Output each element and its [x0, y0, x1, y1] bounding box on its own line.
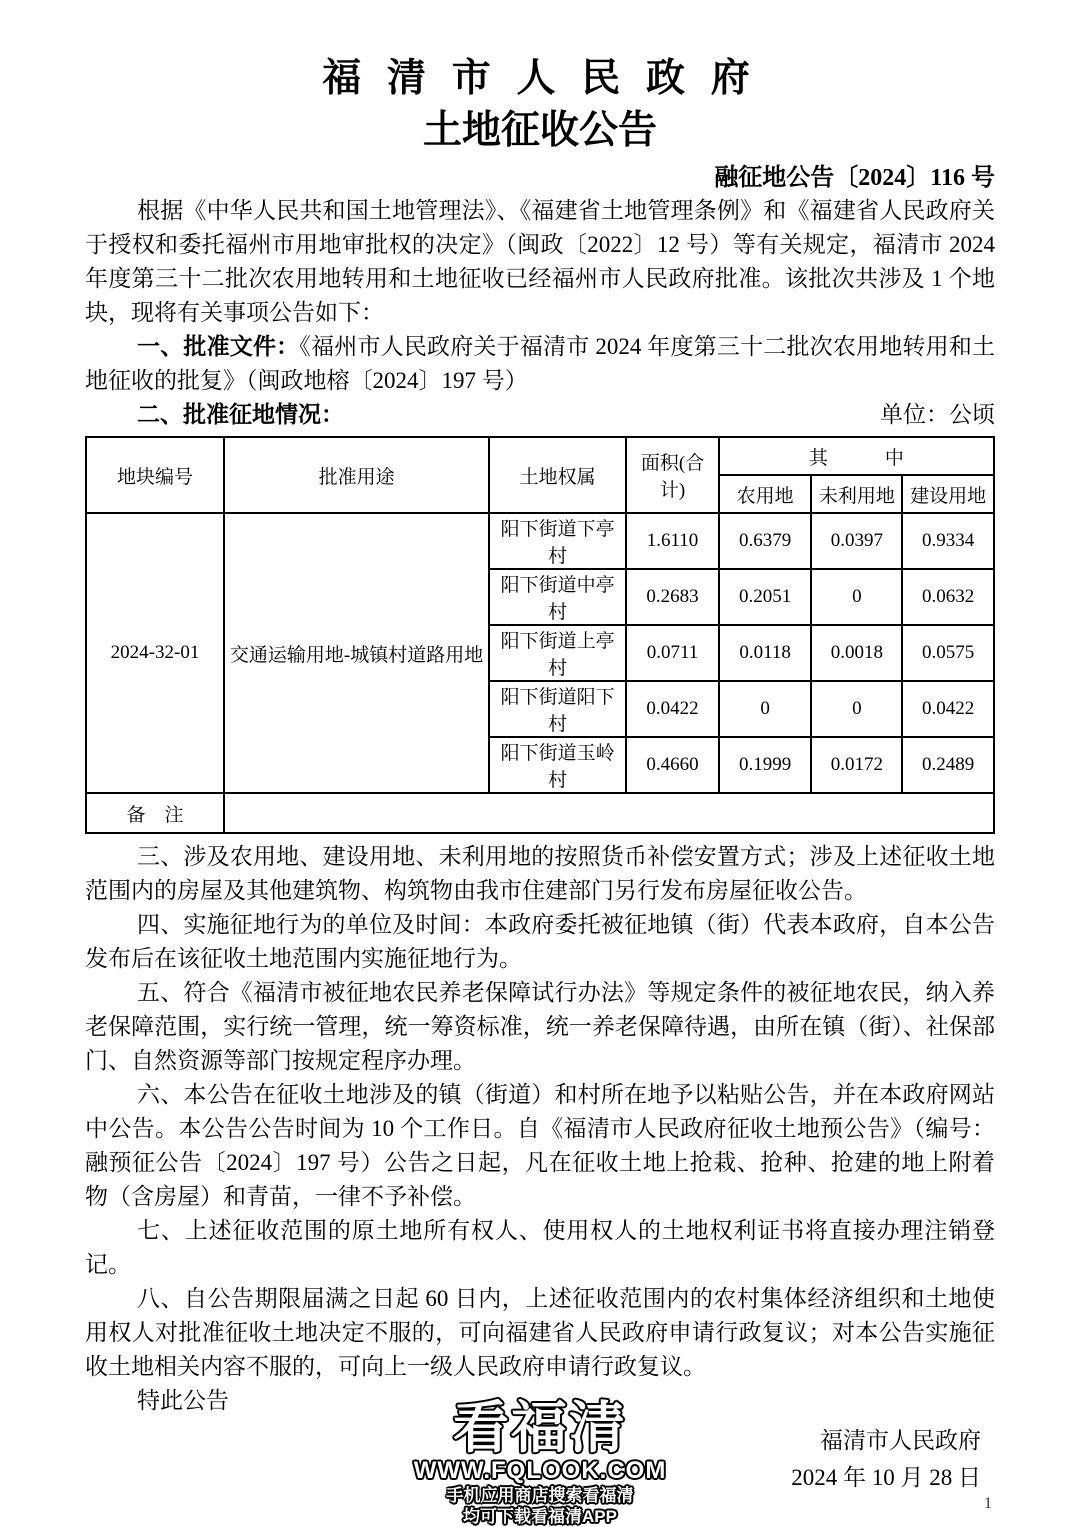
village-cell: 阳下街道下亭村	[489, 513, 626, 569]
section-3-paragraph: 三、涉及农用地、建设用地、未利用地的按照货币补偿安置方式；涉及上述征收土地范围内…	[85, 840, 995, 908]
construction-cell: 0.0575	[902, 625, 994, 681]
section-6-paragraph: 六、本公告在征收土地涉及的镇（街道）和村所在地予以粘贴公告，并在本政府网站中公告…	[85, 1078, 995, 1214]
header-ownership: 土地权属	[489, 437, 626, 513]
farm-cell: 0.6379	[719, 513, 812, 569]
document-number: 融征地公告〔2024〕116 号	[85, 162, 995, 194]
farm-cell: 0.1999	[719, 737, 812, 793]
unused-cell: 0	[811, 569, 902, 625]
header-purpose: 批准用途	[224, 437, 489, 513]
intro-paragraph: 根据《中华人民共和国土地管理法》、《福建省土地管理条例》和《福建省人民政府关于授…	[85, 194, 995, 330]
note-value-cell	[224, 793, 994, 833]
document-page: 福 清 市 人 民 政 府 土地征收公告 融征地公告〔2024〕116 号 根据…	[0, 0, 1080, 1527]
watermark-line-2: 均可下载看福清APP	[414, 1506, 667, 1527]
village-cell: 阳下街道上亭村	[489, 625, 626, 681]
header-farm-land: 农用地	[719, 475, 812, 513]
total-cell: 1.6110	[626, 513, 719, 569]
total-cell: 0.0711	[626, 625, 719, 681]
total-cell: 0.2683	[626, 569, 719, 625]
section-5-paragraph: 五、符合《福清市被征地农民养老保障试行办法》等规定条件的被征地农民，纳入养老保障…	[85, 976, 995, 1078]
section-2-row: 二、批准征地情况： 单位：公顷	[85, 398, 995, 432]
announcement-title: 土地征收公告	[85, 108, 995, 154]
unused-cell: 0.0397	[811, 513, 902, 569]
section-7-paragraph: 七、上述征收范围的原土地所有权人、使用权人的土地权利证书将直接办理注销登记。	[85, 1214, 995, 1282]
note-label-cell: 备 注	[86, 793, 224, 833]
note-row: 备 注	[86, 793, 994, 833]
farm-cell: 0	[719, 681, 812, 737]
section-1-label: 一、批准文件：	[137, 334, 299, 359]
government-title: 福 清 市 人 民 政 府	[85, 56, 995, 102]
farm-cell: 0.0118	[719, 625, 812, 681]
construction-cell: 0.0422	[902, 681, 994, 737]
village-cell: 阳下街道玉岭村	[489, 737, 626, 793]
table-header-row-1: 地块编号 批准用途 土地权属 面积(合计) 其 中	[86, 437, 994, 475]
header-block-id: 地块编号	[86, 437, 224, 513]
closing-line: 特此公告	[85, 1384, 995, 1418]
total-cell: 0.4660	[626, 737, 719, 793]
unused-cell: 0.0172	[811, 737, 902, 793]
header-construction-land: 建设用地	[902, 475, 994, 513]
table-row: 2024-32-01 交通运输用地-城镇村道路用地 阳下街道下亭村 1.6110…	[86, 513, 994, 569]
unused-cell: 0.0018	[811, 625, 902, 681]
purpose-cell: 交通运输用地-城镇村道路用地	[224, 513, 489, 793]
unused-cell: 0	[811, 681, 902, 737]
total-cell: 0.0422	[626, 681, 719, 737]
village-cell: 阳下街道中亭村	[489, 569, 626, 625]
section-4-paragraph: 四、实施征地行为的单位及时间：本政府委托被征地镇（街）代表本政府，自本公告发布后…	[85, 908, 995, 976]
block-id-cell: 2024-32-01	[86, 513, 224, 793]
signature-date: 2024 年 10 月 28 日	[85, 1459, 981, 1496]
construction-cell: 0.9334	[902, 513, 994, 569]
header-among: 其 中	[719, 437, 994, 475]
village-cell: 阳下街道阳下村	[489, 681, 626, 737]
farm-cell: 0.2051	[719, 569, 812, 625]
header-unused-land: 未利用地	[811, 475, 902, 513]
section-2-label: 二、批准征地情况：	[85, 398, 344, 432]
land-expropriation-table: 地块编号 批准用途 土地权属 面积(合计) 其 中 农用地 未利用地 建设用地 …	[85, 436, 995, 834]
section-8-paragraph: 八、自公告期限届满之日起 60 日内，上述征收范围内的农村集体经济组织和土地使用…	[85, 1282, 995, 1384]
section-1-paragraph: 一、批准文件：《福州市人民政府关于福清市 2024 年度第三十二批次农用地转用和…	[85, 330, 995, 398]
document-content: 福 清 市 人 民 政 府 土地征收公告 融征地公告〔2024〕116 号 根据…	[0, 0, 1080, 1496]
page-number: 1	[984, 1495, 992, 1513]
signature-block: 福清市人民政府 2024 年 10 月 28 日	[85, 1422, 995, 1496]
header-area-total: 面积(合计)	[626, 437, 719, 513]
construction-cell: 0.0632	[902, 569, 994, 625]
signature-organization: 福清市人民政府	[85, 1422, 981, 1459]
unit-label: 单位：公顷	[880, 398, 995, 432]
construction-cell: 0.2489	[902, 737, 994, 793]
